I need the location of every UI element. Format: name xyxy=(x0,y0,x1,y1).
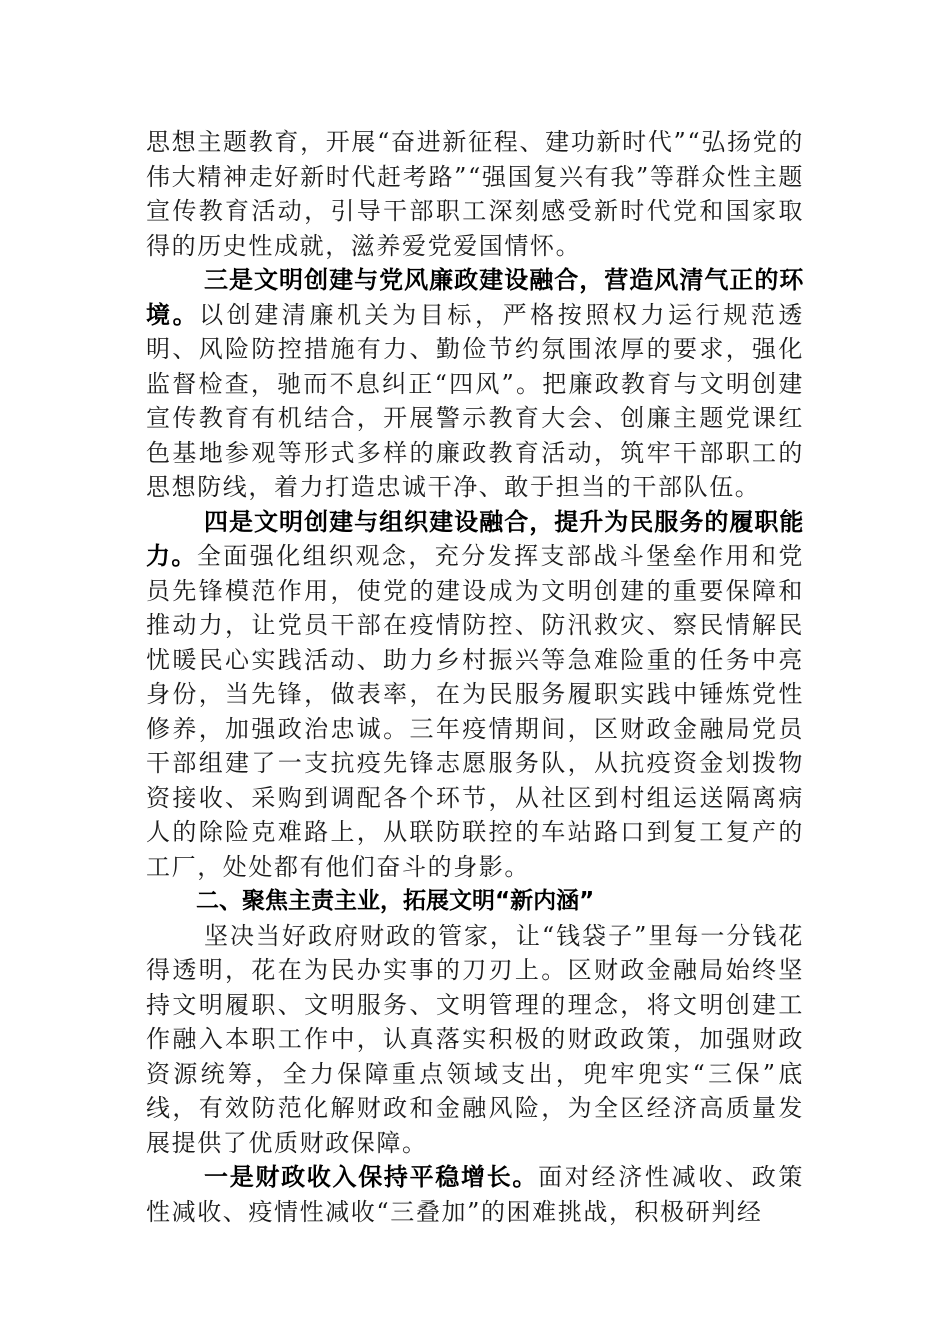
section-heading: 二、聚焦主责主业，拓展文明“新内涵” xyxy=(146,884,804,919)
paragraph-text: 思想主题教育，开展“奋进新征程、建功新时代”“弘扬党的伟大精神走好新时代赶考路”… xyxy=(146,128,804,260)
document-page: 思想主题教育，开展“奋进新征程、建功新时代”“弘扬党的伟大精神走好新时代赶考路”… xyxy=(146,125,804,1229)
paragraph-text: 以创建清廉机关为目标，严格按照权力运行规范透明、风险防控措施有力、勤俭节约氛围浓… xyxy=(146,301,804,502)
paragraph-continuation: 思想主题教育，开展“奋进新征程、建功新时代”“弘扬党的伟大精神走好新时代赶考路”… xyxy=(146,125,804,263)
paragraph-point-1: 一是财政收入保持平稳增长。面对经济性减收、政策性减收、疫情性减收“三叠加”的困难… xyxy=(146,1160,804,1229)
paragraph-point-3: 三是文明创建与党风廉政建设融合，营造风清气正的环境。以创建清廉机关为目标，严格按… xyxy=(146,263,804,505)
paragraph-point-4: 四是文明创建与组织建设融合，提升为民服务的履职能力。全面强化组织观念，充分发挥支… xyxy=(146,505,804,885)
paragraph-text: 全面强化组织观念，充分发挥支部战斗堡垒作用和党员先锋模范作用，使党的建设成为文明… xyxy=(146,542,804,881)
paragraph-text: 坚决当好政府财政的管家，让“钱袋子”里每一分钱花得透明，花在为民办实事的刀刃上。… xyxy=(146,922,804,1157)
paragraph-lead-bold: 一是财政收入保持平稳增长。 xyxy=(204,1162,538,1191)
paragraph-body: 坚决当好政府财政的管家，让“钱袋子”里每一分钱花得透明，花在为民办实事的刀刃上。… xyxy=(146,919,804,1161)
